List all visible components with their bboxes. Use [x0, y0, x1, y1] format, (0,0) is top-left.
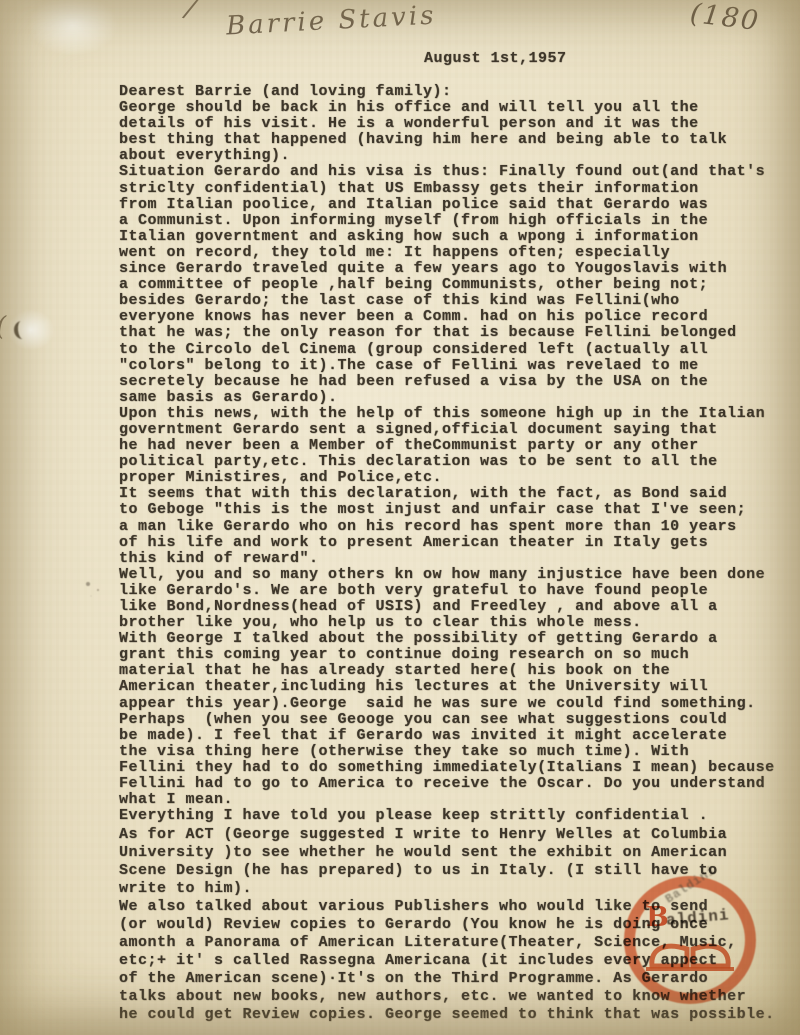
bookshop-stamp: Baldini B aldini: [624, 876, 756, 1004]
handwritten-check-mark: /: [183, 0, 198, 25]
handwritten-page-number: (180: [688, 0, 761, 37]
paper-flaw-light-patch: [28, 0, 118, 56]
pencil-smudge: [86, 582, 90, 586]
scanned-letter-page: / Barrie Stavis (180 ( August 1st,1957 D…: [0, 0, 800, 1035]
open-book-icon: [640, 932, 740, 978]
letter-body: Dearest Barrie (and loving family): Geor…: [119, 84, 775, 824]
handwritten-margin-mark: (: [0, 312, 6, 342]
handwritten-name-annotation: Barrie Stavis: [225, 1, 437, 42]
letter-date: August 1st,1957: [424, 50, 567, 67]
